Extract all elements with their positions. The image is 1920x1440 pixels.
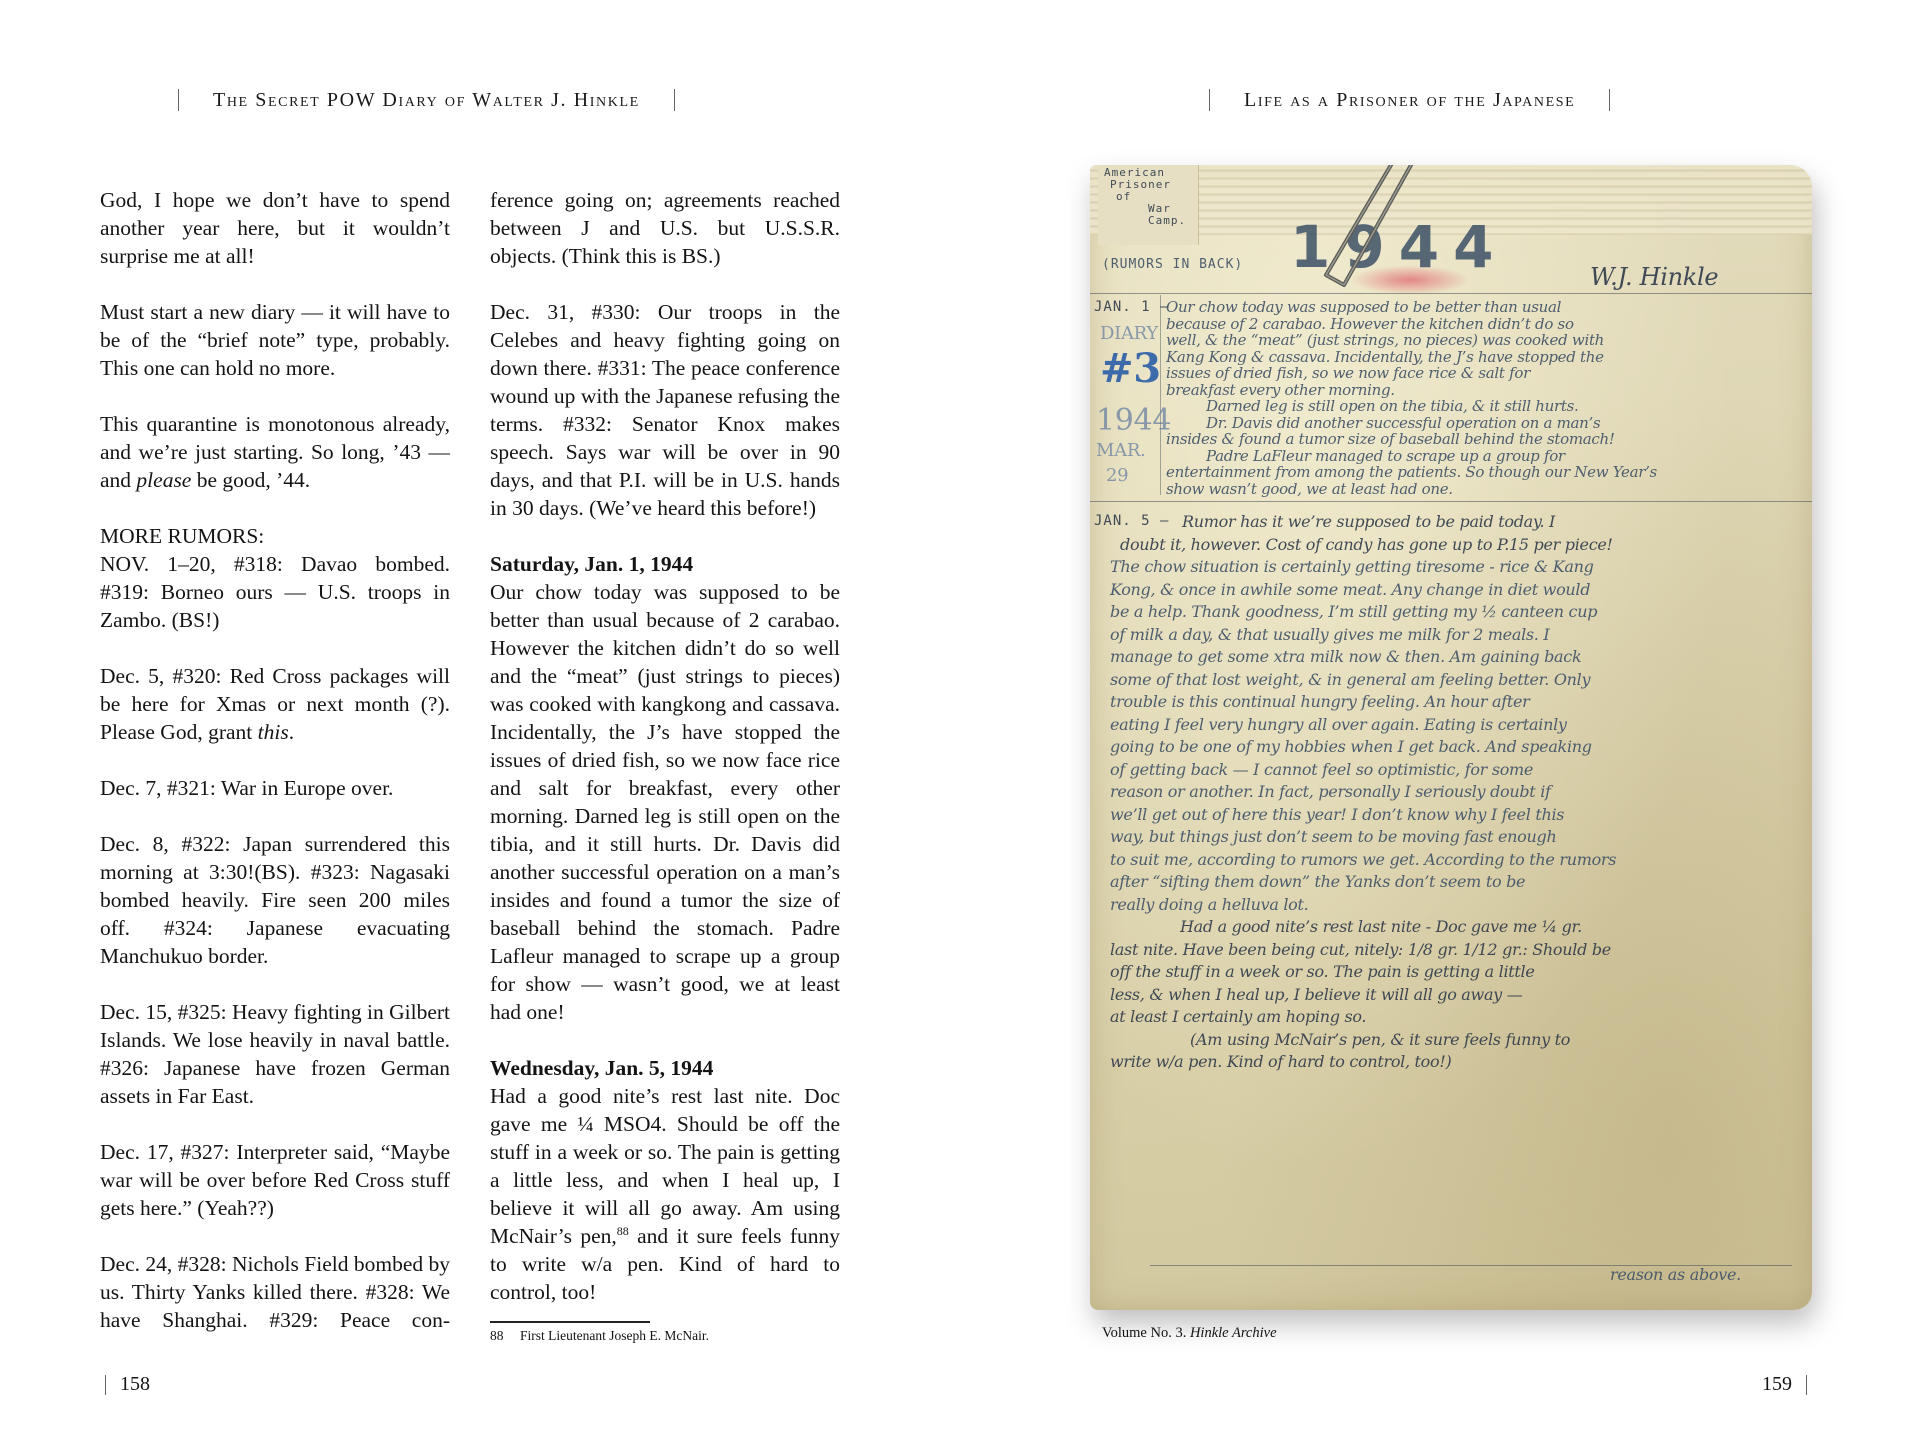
right-page: Life as a Prisoner of the Japanese Ameri… <box>960 0 1920 1440</box>
footnote-text: First Lieutenant Joseph E. McNair. <box>520 1328 709 1343</box>
divider-bar <box>178 89 179 111</box>
section-heading-rumors: MORE RUMORS: <box>100 522 450 550</box>
paragraph: Dec. 8, #322: Japan surrendered this mor… <box>100 830 450 970</box>
running-head-left: The Secret POW Diary of Walter J. Hinkle <box>178 88 675 112</box>
paragraph: Dec. 7, #321: War in Europe over. <box>100 774 450 802</box>
ruled-line <box>1090 293 1812 294</box>
chapter-title: Life as a Prisoner of the Japanese <box>1244 89 1575 111</box>
divider-bar <box>674 89 675 111</box>
paragraph: Dec. 15, #325: Heavy fighting in Gilbert… <box>100 998 450 1110</box>
margin-end-day: 29 <box>1106 465 1128 486</box>
paragraph: NOV. 1–20, #318: Davao bombed. #319: Bor… <box>100 550 450 634</box>
paragraph: Must start a new diary — it will have to… <box>100 298 450 382</box>
page-number-left: 158 <box>91 1372 150 1396</box>
diary-entry-heading: Wednesday, Jan. 5, 1944 <box>490 1054 840 1082</box>
emphasis: this <box>258 720 289 744</box>
margin-rule <box>1160 295 1161 495</box>
paragraph: Dec. 31, #330: Our troops in the Celebes… <box>490 298 840 522</box>
paragraph: God, I hope we don’t have to spend anoth… <box>100 186 450 270</box>
divider-bar <box>1209 89 1210 111</box>
footnote: 88First Lieutenant Joseph E. McNair. <box>490 1327 709 1345</box>
footnote-number: 88 <box>490 1327 520 1345</box>
margin-year-label: 1944 <box>1096 403 1171 438</box>
jan5-handwriting: Rumor has it we’re supposed to be paid t… <box>1110 511 1616 1074</box>
paragraph: ference going on; agreements reached bet… <box>490 186 840 270</box>
diary-entry-body: Had a good nite’s rest last nite. Doc ga… <box>490 1082 840 1306</box>
page-number-right: 159 <box>1762 1372 1821 1396</box>
running-head-right: Life as a Prisoner of the Japanese <box>1209 88 1610 112</box>
paragraph: Dec. 24, #328: Nichols Field bombed by u… <box>100 1250 450 1334</box>
divider-bar <box>105 1375 106 1395</box>
ruled-line <box>1090 501 1812 502</box>
page-number: 159 <box>1762 1373 1792 1395</box>
diary-notebook-photo: American Prisoner of War Camp. (RUMORS I… <box>1090 165 1812 1310</box>
signature: W.J. Hinkle <box>1590 263 1718 291</box>
figure-caption: Volume No. 3. Hinkle Archive <box>1102 1324 1277 1342</box>
footnote-reference[interactable]: 88 <box>617 1224 629 1238</box>
bottom-handwriting: reason as above. <box>1610 1265 1741 1284</box>
divider-bar <box>1609 89 1610 111</box>
footnote-rule <box>490 1321 650 1323</box>
paragraph: Dec. 17, #327: Interpreter said, “Maybe … <box>100 1138 450 1222</box>
left-page: The Secret POW Diary of Walter J. Hinkle… <box>0 0 960 1440</box>
margin-diary-label: DIARY <box>1100 323 1158 344</box>
volume-number-label: #3 <box>1100 345 1161 392</box>
jan1-label: JAN. 1 — <box>1094 299 1169 315</box>
diary-entry-body: Our chow today was supposed to be better… <box>490 578 840 1026</box>
divider-bar <box>1806 1375 1807 1395</box>
paperclip-icon <box>1318 165 1438 305</box>
book-title: The Secret POW Diary of Walter J. Hinkle <box>213 89 640 111</box>
emphasis: please <box>136 468 191 492</box>
camp-label: American Prisoner of War Camp. <box>1104 167 1186 227</box>
page-number: 158 <box>120 1373 150 1395</box>
rumors-in-back-label: (RUMORS IN BACK) <box>1102 257 1243 272</box>
archive-name: Hinkle Archive <box>1190 1325 1277 1341</box>
diary-entry-heading: Saturday, Jan. 1, 1944 <box>490 550 840 578</box>
paragraph: This quarantine is monotonous already, a… <box>100 410 450 494</box>
text-column-1: God, I hope we don’t have to spend anoth… <box>100 186 450 1334</box>
text-column-2: ference going on; agreements reached bet… <box>490 186 840 1306</box>
jan1-handwriting: Our chow today was supposed to be better… <box>1166 299 1657 497</box>
paragraph: Dec. 5, #320: Red Cross packages will be… <box>100 662 450 746</box>
margin-end-month: MAR. <box>1096 440 1146 461</box>
